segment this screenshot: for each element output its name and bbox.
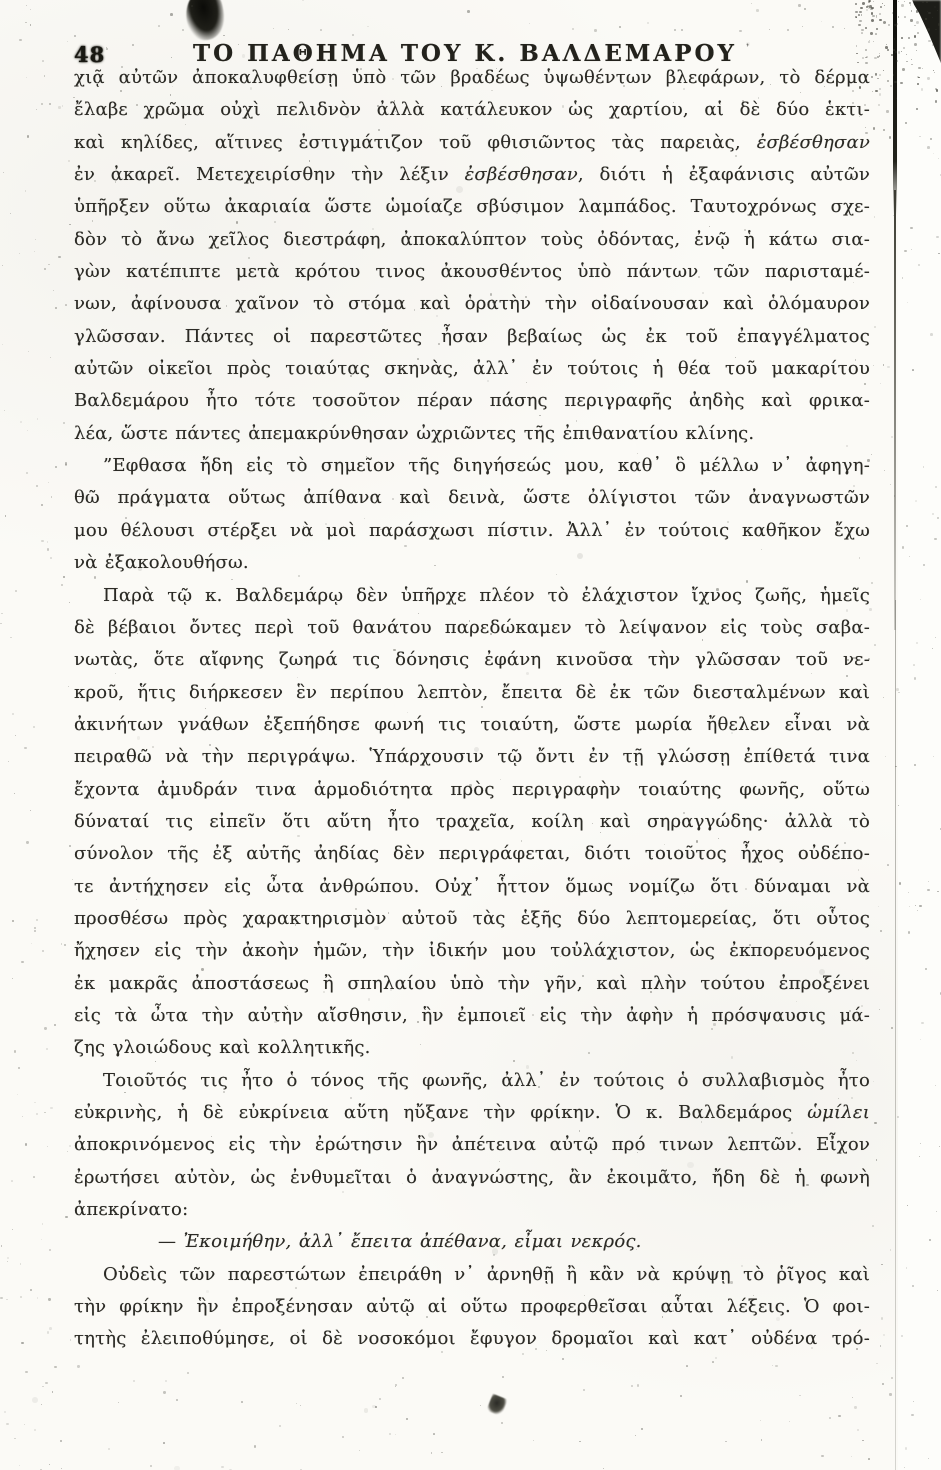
text-line: ἀκινήτων γνάθων ἐξεπήδησε φωνή τις τοιαύ… — [74, 709, 870, 741]
text-line: Τοιοῦτός τις ἦτο ὁ τόνος τῆς φωνῆς, ἀλλ᾽… — [74, 1065, 870, 1097]
text-segment: Οὐδεὶς τῶν παρεστώτων ἐπειράθη ν᾽ ἀρνηθῇ… — [103, 1264, 870, 1285]
text-segment: — — [158, 1231, 184, 1252]
paragraph: ”Εφθασα ἤδη εἰς τὸ σημεῖον τῆς διηγήσεώς… — [74, 450, 870, 579]
paragraph: χιᾷ αὐτῶν ἀποκαλυφθείσῃ ὑπὸ τῶν βραδέως … — [74, 62, 870, 450]
text-segment: ἀπεκρίνατο: — [74, 1199, 188, 1220]
ink-smudge-top — [181, 0, 229, 43]
text-segment: ”Εφθασα ἤδη εἰς τὸ σημεῖον τῆς διηγήσεώς… — [103, 455, 870, 476]
text-line: προσθέσω πρὸς χαρακτηρισμὸν αὐτοῦ τὰς ἑξ… — [74, 903, 870, 935]
text-segment: γὼν κατέπιπτε μετὰ κρότου τινος ἀκουσθέν… — [74, 261, 870, 282]
italic-text: ὡμίλει — [807, 1102, 870, 1123]
text-segment: Τοιοῦτός τις ἦτο ὁ τόνος τῆς φωνῆς, ἀλλ᾽… — [103, 1070, 870, 1091]
text-line: τητὴς ἐλειποθύμησε, οἱ δὲ νοσοκόμοι ἔφυγ… — [74, 1323, 870, 1355]
text-segment: εἰς τὰ ὦτα τὴν αὐτὴν αἴσθησιν, ἣν ἐμποιε… — [74, 1005, 870, 1026]
text-line: αὐτῶν οἰκεῖοι πρὸς τοιαύτας σκηνὰς, ἀλλ᾽… — [74, 353, 870, 385]
text-segment: ἐν ἀκαρεῖ. Μετεχειρίσθην τὴν λέξιν — [74, 164, 465, 185]
text-segment: ἐκ μακρᾶς ἀποστάσεως ἢ σπηλαίου ὑπὸ τὴν … — [74, 973, 870, 994]
text-block: χιᾷ αὐτῶν ἀποκαλυφθείσῃ ὑπὸ τῶν βραδέως … — [74, 62, 870, 1356]
text-line: Βαλδεμάρου ἦτο τότε τοσοῦτον πέραν πάσης… — [74, 385, 870, 417]
text-line: λέα, ὥστε πάντες ἀπεμακρύνθησαν ὠχριῶντε… — [74, 418, 870, 450]
text-line: ἐρωτήσει αὐτὸν, ὡς ἐνθυμεῖται ὁ ἀναγνώστ… — [74, 1162, 870, 1194]
scanned-book-page: 48 ΤΟ ΠΑΘΗΜΑ ΤΟΥ Κ. ΒΑΛΔΕΜΑΡΟΥ᾽ χιᾷ αὐτῶ… — [0, 0, 941, 1470]
paragraph: Παρὰ τῷ κ. Βαλδεμάρῳ δὲν ὑπῆρχε πλέον τὸ… — [74, 580, 870, 1065]
text-line: — Ἐκοιμήθην, ἀλλ᾽ ἔπειτα ἀπέθανα, εἶμαι … — [74, 1226, 870, 1258]
text-segment: νων, ἀφίνουσα χαῖνον τὸ στόμα καὶ ὁρατὴν… — [74, 293, 870, 314]
text-line: χιᾷ αὐτῶν ἀποκαλυφθείσῃ ὑπὸ τῶν βραδέως … — [74, 62, 870, 94]
text-segment: πειραθῶ νὰ τὴν περιγράψω. Ὑπάρχουσιν τῷ … — [74, 746, 870, 767]
text-line: τὴν φρίκην ἣν ἐπροξένησαν αὐτῷ αἱ οὕτω π… — [74, 1291, 870, 1323]
scan-edge-line-dark — [893, 0, 897, 215]
paragraph: Τοιοῦτός τις ἦτο ὁ τόνος τῆς φωνῆς, ἀλλ᾽… — [74, 1065, 870, 1227]
ink-mark-bottom — [486, 1394, 508, 1417]
text-line: εἰς τὰ ὦτα τὴν αὐτὴν αἴσθησιν, ἣν ἐμποιε… — [74, 1000, 870, 1032]
text-segment: , διότι ἡ ἐξαφάνισις αὐτῶν — [578, 164, 870, 185]
text-segment: δὸν τὸ ἄνω χεῖλος διεστράφη, ἀποκαλύπτον… — [74, 229, 870, 250]
text-line: νωτὰς, ὅτε αἴφνης ζωηρά τις δόνησις ἐφάν… — [74, 644, 870, 676]
text-line: Οὐδεὶς τῶν παρεστώτων ἐπειράθη ν᾽ ἀρνηθῇ… — [74, 1259, 870, 1291]
text-segment: κροῦ, ἥτις διήρκεσεν ἓν περίπου λεπτὸν, … — [74, 682, 870, 703]
paragraph: Οὐδεὶς τῶν παρεστώτων ἐπειράθη ν᾽ ἀρνηθῇ… — [74, 1259, 870, 1356]
text-segment: Παρὰ τῷ κ. Βαλδεμάρῳ δὲν ὑπῆρχε πλέον τὸ… — [103, 585, 870, 606]
text-line: θῶ πράγματα οὕτως ἀπίθανα καὶ δεινὰ, ὥστ… — [74, 482, 870, 514]
text-segment: Βαλδεμάρου ἦτο τότε τοσοῦτον πέραν πάσης… — [74, 390, 870, 411]
text-line: πειραθῶ νὰ τὴν περιγράψω. Ὑπάρχουσιν τῷ … — [74, 741, 870, 773]
text-segment: μου θέλουσι στέρξει νὰ μοὶ παράσχωσι πίσ… — [74, 520, 870, 541]
text-line: ”Εφθασα ἤδη εἰς τὸ σημεῖον τῆς διηγήσεώς… — [74, 450, 870, 482]
text-line: καὶ κηλίδες, αἵτινες ἐστιγμάτιζον τοῦ φθ… — [74, 127, 870, 159]
text-line: νὰ ἐξακολουθήσω. — [74, 547, 870, 579]
text-line: μου θέλουσι στέρξει νὰ μοὶ παράσχωσι πίσ… — [74, 515, 870, 547]
text-segment: καὶ κηλίδες, αἵτινες ἐστιγμάτιζον τοῦ φθ… — [74, 132, 757, 153]
text-line: γλῶσσαν. Πάντες οἱ παρεστῶτες ἦσαν βεβαί… — [74, 321, 870, 353]
text-segment: αὐτῶν οἰκεῖοι πρὸς τοιαύτας σκηνὰς, ἀλλ᾽… — [74, 358, 870, 379]
text-segment: θῶ πράγματα οὕτως ἀπίθανα καὶ δεινὰ, ὥστ… — [74, 487, 870, 508]
text-line: Παρὰ τῷ κ. Βαλδεμάρῳ δὲν ὑπῆρχε πλέον τὸ… — [74, 580, 870, 612]
text-segment: ἀποκρινόμενος εἰς τὴν ἐρώτησιν ἣν ἀπέτει… — [74, 1134, 870, 1155]
text-segment: ἔχοντα ἀμυδράν τινα ἁρμοδιότητα πρὸς περ… — [74, 779, 870, 800]
scan-gutter-strip — [898, 0, 941, 1470]
text-segment: ἐρωτήσει αὐτὸν, ὡς ἐνθυμεῖται ὁ ἀναγνώστ… — [74, 1167, 870, 1188]
text-line: δύναταί τις εἰπεῖν ὅτι αὕτη ἦτο τραχεῖα,… — [74, 806, 870, 838]
text-segment: νὰ ἐξακολουθήσω. — [74, 552, 249, 573]
text-segment: τητὴς ἐλειποθύμησε, οἱ δὲ νοσοκόμοι ἔφυγ… — [74, 1328, 870, 1349]
text-segment: γλῶσσαν. Πάντες οἱ παρεστῶτες ἦσαν βεβαί… — [74, 326, 870, 347]
scan-edge-line-light — [895, 600, 896, 1470]
text-line: δὲ βέβαιοι ὄντες περὶ τοῦ θανάτου παρεδώ… — [74, 612, 870, 644]
title-footnote-mark: ᾽ — [744, 43, 751, 59]
text-line: κροῦ, ἥτις διήρκεσεν ἓν περίπου λεπτὸν, … — [74, 677, 870, 709]
text-segment: ζης γλοιώδους καὶ κολλητικῆς. — [74, 1037, 371, 1058]
text-line: ἔλαβε χρῶμα οὐχὶ πελιδνὸν ἀλλὰ κατάλευκο… — [74, 94, 870, 126]
text-line: ἀπεκρίνατο: — [74, 1194, 870, 1226]
text-line: ἤχησεν εἰς τὴν ἀκοὴν ἡμῶν, τὴν ἰδικήν μο… — [74, 935, 870, 967]
text-line: εὐκρινὴς, ἡ δὲ εὐκρίνεια αὕτη ηὔξανε τὴν… — [74, 1097, 870, 1129]
text-segment: χιᾷ αὐτῶν ἀποκαλυφθείσῃ ὑπὸ τῶν βραδέως … — [74, 67, 870, 88]
text-segment: ἤχησεν εἰς τὴν ἀκοὴν ἡμῶν, τὴν ἰδικήν μο… — [74, 940, 870, 961]
text-segment: ἀκινήτων γνάθων ἐξεπήδησε φωνή τις τοιαύ… — [74, 714, 870, 735]
text-segment: ὑπῆρξεν οὕτω ἀκαριαία ὥστε ὡμοίαζε σβύσι… — [74, 196, 870, 217]
text-segment: ἔλαβε χρῶμα οὐχὶ πελιδνὸν ἀλλὰ κατάλευκο… — [74, 99, 870, 120]
italic-text: Ἐκοιμήθην, ἀλλ᾽ ἔπειτα ἀπέθανα, εἶμαι νε… — [184, 1231, 642, 1252]
text-segment: εὐκρινὴς, ἡ δὲ εὐκρίνεια αὕτη ηὔξανε τὴν… — [74, 1102, 807, 1123]
text-segment: δὲ βέβαιοι ὄντες περὶ τοῦ θανάτου παρεδώ… — [74, 617, 870, 638]
text-line: ἐν ἀκαρεῖ. Μετεχειρίσθην τὴν λέξιν ἐσβέσ… — [74, 159, 870, 191]
text-segment: νωτὰς, ὅτε αἴφνης ζωηρά τις δόνησις ἐφάν… — [74, 649, 870, 670]
text-segment: τὴν φρίκην ἣν ἐπροξένησαν αὐτῷ αἱ οὕτω π… — [74, 1296, 870, 1317]
text-line: ἀποκρινόμενος εἰς τὴν ἐρώτησιν ἣν ἀπέτει… — [74, 1129, 870, 1161]
text-segment: σύνολον τῆς ἐξ αὐτῆς ἀηδίας δὲν περιγράφ… — [74, 843, 870, 864]
text-line: τε ἀντήχησεν εἰς ὦτα ἀνθρώπου. Οὐχ᾽ ἧττο… — [74, 871, 870, 903]
text-line: ὑπῆρξεν οὕτω ἀκαριαία ὥστε ὡμοίαζε σβύσι… — [74, 191, 870, 223]
text-line: νων, ἀφίνουσα χαῖνον τὸ στόμα καὶ ὁρατὴν… — [74, 288, 870, 320]
text-segment: δύναταί τις εἰπεῖν ὅτι αὕτη ἦτο τραχεῖα,… — [74, 811, 870, 832]
text-segment: λέα, ὥστε πάντες ἀπεμακρύνθησαν ὠχριῶντε… — [74, 423, 754, 444]
text-line: δὸν τὸ ἄνω χεῖλος διεστράφη, ἀποκαλύπτον… — [74, 224, 870, 256]
text-segment: τε ἀντήχησεν εἰς ὦτα ἀνθρώπου. Οὐχ᾽ ἧττο… — [74, 876, 870, 897]
text-line: γὼν κατέπιπτε μετὰ κρότου τινος ἀκουσθέν… — [74, 256, 870, 288]
italic-text: ἐσβέσθησαν — [465, 164, 578, 185]
text-line: σύνολον τῆς ἐξ αὐτῆς ἀηδίας δὲν περιγράφ… — [74, 838, 870, 870]
text-line: ἐκ μακρᾶς ἀποστάσεως ἢ σπηλαίου ὑπὸ τὴν … — [74, 968, 870, 1000]
text-line: ζης γλοιώδους καὶ κολλητικῆς. — [74, 1032, 870, 1064]
text-segment: προσθέσω πρὸς χαρακτηρισμὸν αὐτοῦ τὰς ἑξ… — [74, 908, 870, 929]
italic-text: ἐσβέσθησαν — [757, 132, 870, 153]
paragraph: — Ἐκοιμήθην, ἀλλ᾽ ἔπειτα ἀπέθανα, εἶμαι … — [74, 1226, 870, 1258]
scan-edge-line-mid — [894, 190, 896, 630]
text-line: ἔχοντα ἀμυδράν τινα ἁρμοδιότητα πρὸς περ… — [74, 774, 870, 806]
